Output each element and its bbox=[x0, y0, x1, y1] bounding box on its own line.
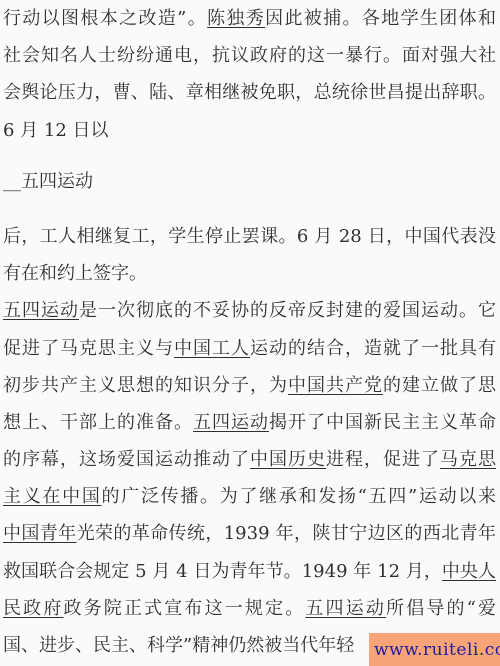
text-segment: 社会知名人士纷纷通电，抗议政府的这一暴行。面对强大社 bbox=[3, 45, 496, 66]
page: { "page": { "background": "#fafafa", "te… bbox=[0, 0, 500, 666]
paragraph-historical-significance: 五四运动是一次彻底的不妥协的反帝反封建的爱国运动。它促进了马克思主义与中国工人运… bbox=[3, 292, 496, 664]
text-line: 会舆论压力，曹、陆、章相继被免职，总统徐世昌提出辞职。 bbox=[3, 74, 496, 111]
paragraph-heading-wusiyundong: __五四运动 bbox=[3, 163, 496, 200]
text-segment: 的广泛传播。为了继承和发扬“五四”运动以来 bbox=[102, 486, 496, 507]
inline-link[interactable]: 中国青年 bbox=[3, 523, 77, 544]
text-line: 五四运动是一次彻底的不妥协的反帝反封建的爱国运动。它 bbox=[3, 292, 496, 329]
watermark-url-text: www.ruiteli.com bbox=[374, 640, 500, 660]
text-segment: 促进了马克思主义与 bbox=[3, 338, 174, 359]
text-line: 促进了马克思主义与中国工人运动的结合，造就了一批具有 bbox=[3, 330, 496, 367]
text-segment: 五四运动 bbox=[21, 171, 93, 192]
inline-link[interactable]: 五四运动 bbox=[3, 300, 79, 321]
text-line: 中国青年光荣的革命传统，1939 年，陕甘宁边区的西北青年 bbox=[3, 515, 496, 552]
text-segment: 所倡导的“爱 bbox=[386, 598, 496, 619]
inline-link[interactable]: 中国工人 bbox=[174, 338, 250, 359]
text-segment: 因此被捕。各地学生团体和 bbox=[265, 8, 496, 29]
text-segment: 揭开了中国新民主主义革命 bbox=[269, 412, 496, 433]
text-segment: 光荣的革命传统，1939 年，陕甘宁边区的西北青年 bbox=[77, 523, 496, 544]
text-segment: 有在和约上签字。 bbox=[3, 263, 147, 284]
inline-link[interactable]: 主义在中国 bbox=[3, 486, 102, 507]
text-segment: 救国联合会规定 5 月 4 日为青年节。1949 年 12 月， bbox=[3, 561, 442, 582]
text-line: 社会知名人士纷纷通电，抗议政府的这一暴行。面对强大社 bbox=[3, 37, 496, 74]
inline-link[interactable]: 五四运动 bbox=[305, 598, 386, 619]
text-segment: 的序幕，这场爱国运动推动了 bbox=[3, 449, 250, 470]
text-line: 6 月 12 日以 bbox=[3, 112, 496, 149]
inline-link[interactable]: 马克思 bbox=[440, 449, 496, 470]
inline-link[interactable]: 中国历史 bbox=[250, 449, 326, 470]
text-line: 初步共产主义思想的知识分子，为中国共产党的建立做了思 bbox=[3, 367, 496, 404]
text-line: 的序幕，这场爱国运动推动了中国历史进程，促进了马克思 bbox=[3, 441, 496, 478]
text-segment: 行动以图根本之改造”。 bbox=[3, 8, 207, 29]
text-segment: 初步共产主义思想的知识分子，为 bbox=[3, 375, 288, 396]
text-line: 主义在中国的广泛传播。为了继承和发扬“五四”运动以来 bbox=[3, 478, 496, 515]
text-segment: 运动的结合，造就了一批具有 bbox=[250, 338, 496, 359]
text-line: 救国联合会规定 5 月 4 日为青年节。1949 年 12 月，中央人 bbox=[3, 553, 496, 590]
text-segment: 的建立做了思 bbox=[383, 375, 496, 396]
text-segment: 后，工人相继复工，学生停止罢课。6 月 28 日，中国代表没 bbox=[3, 226, 496, 247]
paragraph-strike-end: 后，工人相继复工，学生停止罢课。6 月 28 日，中国代表没有在和约上签字。 bbox=[3, 218, 496, 292]
inline-link[interactable]: 中央人 bbox=[442, 561, 496, 582]
text-segment: 是一次彻底的不妥协的反帝反封建的爱国运动。它 bbox=[79, 300, 496, 321]
text-segment: 政务院正式宣布这一规定。 bbox=[63, 598, 305, 619]
document-body: 行动以图根本之改造”。陈独秀因此被捕。各地学生团体和社会知名人士纷纷通电，抗议政… bbox=[0, 0, 500, 664]
watermark-badge: www.ruiteli.com bbox=[369, 633, 500, 666]
text-segment: 想上、干部上的准备。 bbox=[3, 412, 193, 433]
inline-link[interactable]: 陈独秀 bbox=[207, 8, 265, 29]
inline-link[interactable]: 民政府 bbox=[3, 598, 63, 619]
inline-link[interactable]: 五四运动 bbox=[193, 412, 269, 433]
text-segment: 6 月 12 日以 bbox=[3, 120, 109, 141]
text-line: 后，工人相继复工，学生停止罢课。6 月 28 日，中国代表没 bbox=[3, 218, 496, 255]
text-segment: 进程，促进了 bbox=[326, 449, 440, 470]
text-segment: 国、进步、民主、科学”精神仍然被当代年轻 bbox=[3, 635, 354, 656]
text-line: 想上、干部上的准备。五四运动揭开了中国新民主主义革命 bbox=[3, 404, 496, 441]
text-line: 有在和约上签字。 bbox=[3, 255, 496, 292]
inline-link[interactable]: 中国共产党 bbox=[288, 375, 383, 396]
text-line: __五四运动 bbox=[3, 163, 496, 200]
text-line: 民政府政务院正式宣布这一规定。五四运动所倡导的“爱 bbox=[3, 590, 496, 627]
text-segment: 会舆论压力，曹、陆、章相继被免职，总统徐世昌提出辞职。 bbox=[3, 82, 496, 103]
text-segment: __ bbox=[3, 171, 21, 192]
text-line: 行动以图根本之改造”。陈独秀因此被捕。各地学生团体和 bbox=[3, 0, 496, 37]
paragraph-arrest-aftermath: 行动以图根本之改造”。陈独秀因此被捕。各地学生团体和社会知名人士纷纷通电，抗议政… bbox=[3, 0, 496, 149]
